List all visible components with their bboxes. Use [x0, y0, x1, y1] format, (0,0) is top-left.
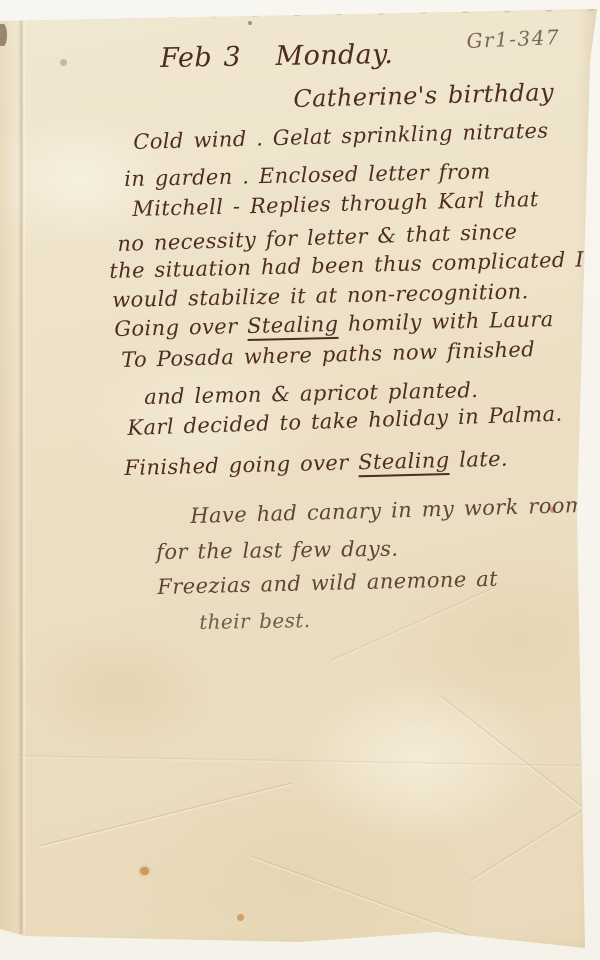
line-segment: late.: [449, 447, 508, 472]
crease-line: [329, 587, 495, 663]
diary-line: Finished going over Stealing late.: [124, 446, 508, 482]
foxing-spot: [248, 21, 252, 25]
diary-line: in garden . Enclosed letter from: [124, 158, 491, 192]
diary-line: Freezias and wild anemone at: [157, 566, 498, 601]
crease-line: [20, 755, 580, 768]
line-segment: Finished going over: [124, 450, 359, 480]
crease-line: [249, 855, 476, 940]
archival-code: Gr1-347: [466, 25, 561, 53]
crease-line: [469, 790, 600, 883]
foxing-spot: [237, 914, 244, 921]
line-segment: homily with Laura: [338, 307, 554, 336]
crease-line: [40, 782, 293, 848]
scan-background: Gr1-347 Feb 3 Monday. Catherine's birthd…: [0, 0, 600, 960]
torn-top-edge: [0, 9, 597, 21]
manuscript-page: Gr1-347 Feb 3 Monday. Catherine's birthd…: [0, 0, 600, 960]
underlined-title: Stealing: [358, 448, 450, 477]
line-segment: Going over: [114, 314, 247, 341]
diary-line: Cold wind . Gelat sprinkling nitrates: [133, 117, 549, 155]
crease-line: [439, 695, 598, 820]
diary-line: To Posada where paths now finished: [121, 336, 535, 373]
underlined-title: Stealing: [247, 312, 339, 341]
diary-line: Have had canary in my work room: [190, 492, 586, 529]
diary-line: for the last few days.: [156, 536, 399, 566]
paper-edge-mark: [0, 24, 7, 46]
vertical-fold-crease: [18, 14, 26, 934]
foxing-spot: [60, 59, 67, 66]
entry-date: Feb 3 Monday.: [160, 38, 394, 76]
diary-line: their best.: [199, 608, 311, 635]
foxing-spot: [140, 867, 149, 875]
diary-line: Mitchell - Replies through Karl that: [132, 186, 539, 222]
entry-subheading: Catherine's birthday: [293, 77, 554, 114]
